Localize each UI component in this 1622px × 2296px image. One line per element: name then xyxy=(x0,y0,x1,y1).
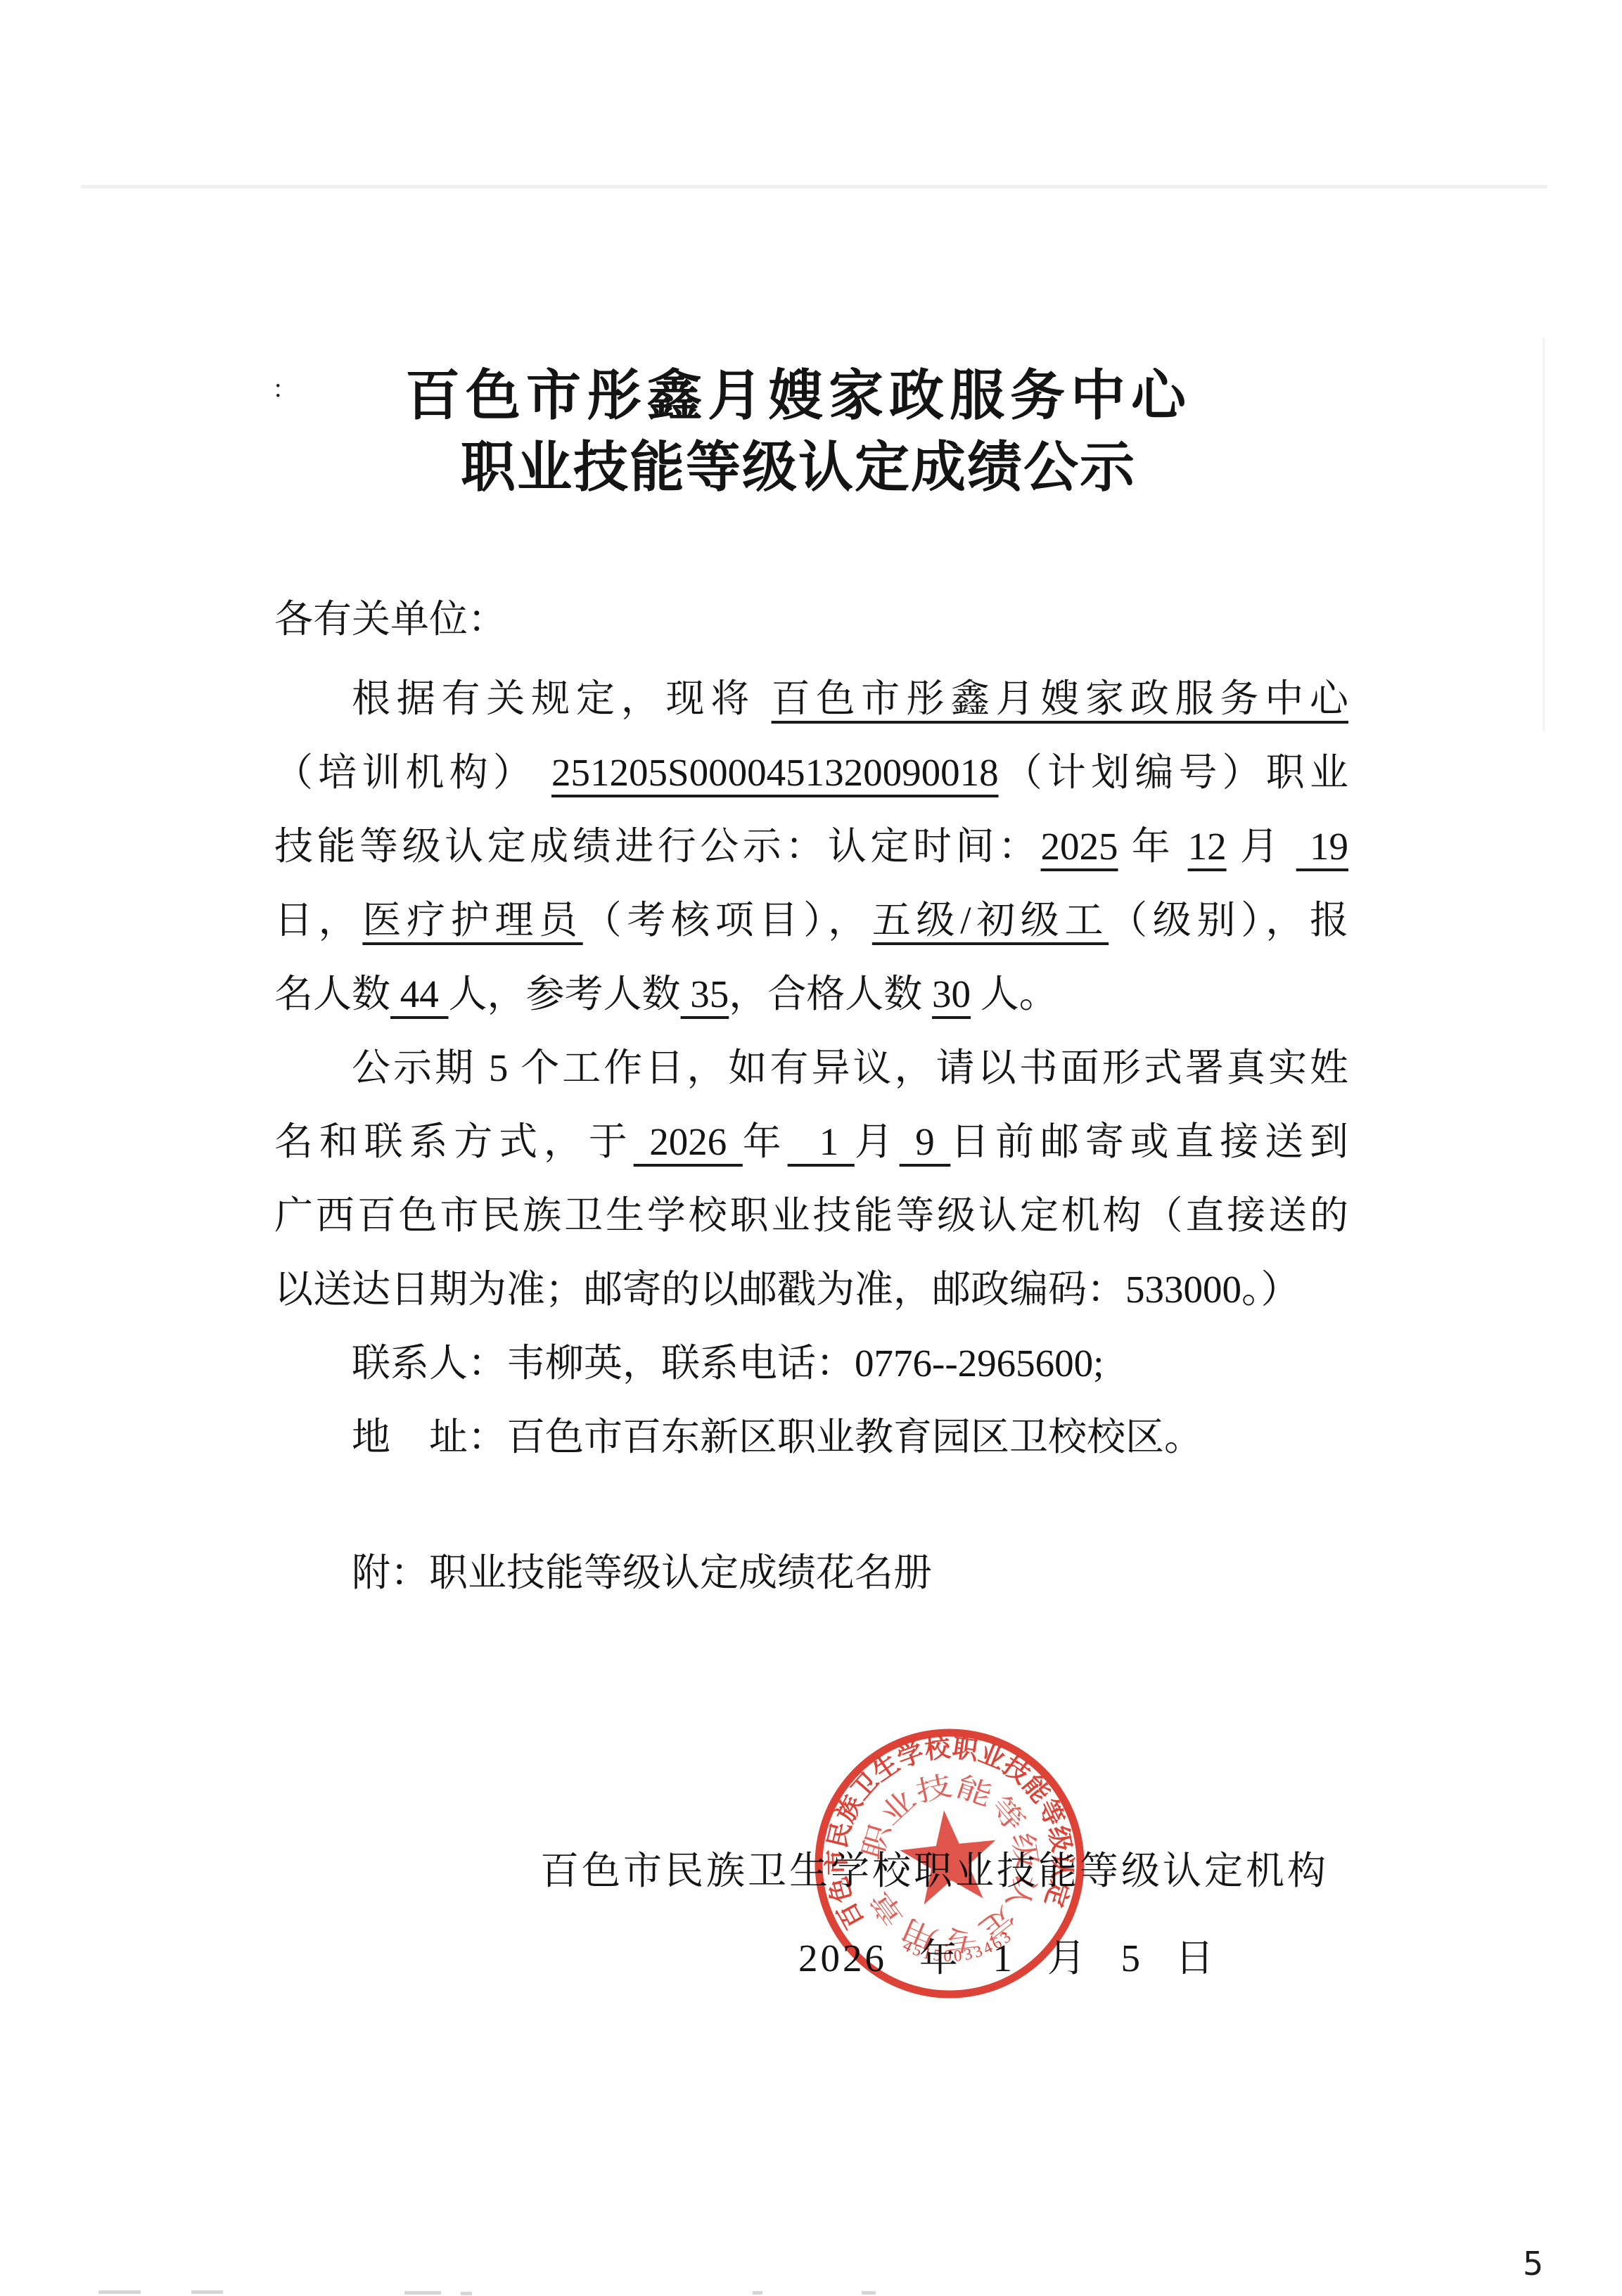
filled-blank-underlined: 9 xyxy=(900,1120,951,1163)
page-title-line2: 职业技能等级认定成绩公示 xyxy=(274,423,1322,502)
body-line: 名人数 44 人，参考人数 35，合格人数 30 人。 xyxy=(274,957,1348,1031)
body-text-segment: 人。 xyxy=(971,973,1058,1015)
body-text-segment: 根据有关规定，现将 xyxy=(352,677,772,720)
filled-blank-underlined: 35 xyxy=(681,973,729,1015)
filled-blank-underlined: 19 xyxy=(1296,825,1348,868)
official-red-seal-stamp: 百色市民族卫生学校职业技能等级认定 职业技能等级认定专用章 4515003346… xyxy=(795,1709,1104,2018)
body-line: 联系人：韦柳英，联系电话：0776--2965600; xyxy=(274,1326,1348,1400)
stamp-star-icon xyxy=(896,1805,1002,1906)
scan-speck xyxy=(191,2290,223,2294)
body-text-segment: 名和联系方式，于 xyxy=(274,1120,634,1163)
body-line: 以送达日期为准；邮寄的以邮戳为准，邮政编码：533000。） xyxy=(274,1252,1348,1326)
filled-blank-underlined: 1 xyxy=(788,1120,855,1163)
body-text-segment: 广西百色市民族卫生学校职业技能等级认定机构（直接送的 xyxy=(274,1194,1348,1237)
body-text-segment: （培训机构） xyxy=(274,751,551,794)
body-text-segment: 月 xyxy=(1227,825,1296,868)
body-line: 日，医疗护理员（考核项目），五级/初级工（级别），报 xyxy=(274,883,1348,957)
body-text-segment: 月 xyxy=(855,1120,900,1163)
scan-speck xyxy=(98,2290,141,2294)
body-line: 技能等级认定成绩进行公示：认定时间：2025 年 12 月 19 xyxy=(274,809,1348,883)
filled-blank-underlined: 12 xyxy=(1188,825,1227,868)
body-text-segment: （级别），报 xyxy=(1109,899,1348,942)
body-text-segment: ，合格人数 xyxy=(729,973,932,1015)
body-line: （培训机构） 251205S0000451320090018（计划编号）职业 xyxy=(274,736,1348,809)
scan-artifact-line xyxy=(81,185,1547,188)
filled-blank-underlined: 2025 xyxy=(1041,825,1118,868)
salutation: 各有关单位： xyxy=(274,588,506,643)
filled-blank-underlined: 五级/初级工 xyxy=(872,899,1109,942)
body-text-segment: 年 xyxy=(743,1120,788,1163)
body-text-segment: 日， xyxy=(274,899,362,942)
attachment-note: 附：职业技能等级认定成绩花名册 xyxy=(274,1541,1348,1597)
body-text-segment: 联系人：韦柳英，联系电话：0776--2965600; xyxy=(352,1342,1104,1385)
body-text-segment: 地 址：百色市百东新区职业教育园区卫校校区。 xyxy=(352,1416,1203,1458)
body-text-segment: 公示期 5 个工作日，如有异议，请以书面形式署真实姓 xyxy=(352,1046,1348,1089)
scanned-document-page: : 百色市彤鑫月嫂家政服务中心 职业技能等级认定成绩公示 各有关单位： 根据有关… xyxy=(0,0,1622,2296)
scan-speck xyxy=(461,2292,472,2295)
filled-blank-underlined: 医疗护理员 xyxy=(362,899,582,942)
body-text-segment: （考核项目）， xyxy=(583,899,872,942)
body-text-segment: 名人数 xyxy=(274,973,390,1015)
body-text-segment: 年 xyxy=(1118,825,1188,868)
scan-speck xyxy=(753,2291,762,2295)
body-text-segment: （计划编号）职业 xyxy=(999,751,1348,794)
page-number: 5 xyxy=(1523,2245,1543,2283)
body-line: 根据有关规定，现将 百色市彤鑫月嫂家政服务中心 xyxy=(274,662,1348,736)
body-paragraphs: 根据有关规定，现将 百色市彤鑫月嫂家政服务中心（培训机构） 251205S000… xyxy=(274,662,1348,1474)
filled-blank-underlined: 30 xyxy=(932,973,971,1015)
scan-speck xyxy=(404,2291,441,2295)
scan-speck xyxy=(862,2291,876,2295)
scan-artifact-line xyxy=(1543,338,1545,731)
body-line: 名和联系方式，于 2026 年 1 月 9 日前邮寄或直接送到 xyxy=(274,1105,1348,1179)
body-line: 公示期 5 个工作日，如有异议，请以书面形式署真实姓 xyxy=(274,1031,1348,1105)
page-title-line1: 百色市彤鑫月嫂家政服务中心 xyxy=(274,352,1322,430)
filled-blank-underlined: 251205S0000451320090018 xyxy=(551,751,999,794)
filled-blank-underlined: 百色市彤鑫月嫂家政服务中心 xyxy=(772,677,1348,720)
filled-blank-underlined: 44 xyxy=(390,973,449,1015)
body-line: 地 址：百色市百东新区职业教育园区卫校校区。 xyxy=(274,1400,1348,1474)
filled-blank-underlined: 2026 xyxy=(634,1120,743,1163)
body-text-segment: 日前邮寄或直接送到 xyxy=(950,1120,1348,1163)
body-text-segment: 人，参考人数 xyxy=(449,973,681,1015)
body-text-segment: 技能等级认定成绩进行公示：认定时间： xyxy=(274,825,1041,868)
body-line: 广西百色市民族卫生学校职业技能等级认定机构（直接送的 xyxy=(274,1179,1348,1252)
body-text-segment: 以送达日期为准；邮寄的以邮戳为准，邮政编码：533000。） xyxy=(274,1268,1300,1311)
